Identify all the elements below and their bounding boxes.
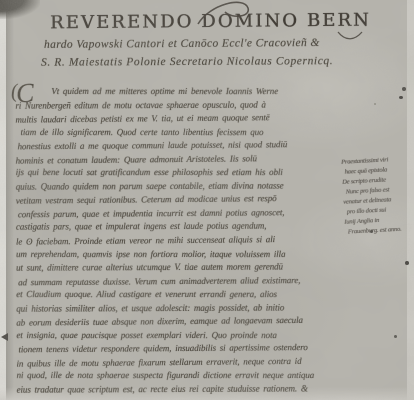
ink-speck — [402, 87, 406, 91]
body-text-line: et Claudium quoque. Aliud castigare et v… — [16, 288, 352, 302]
body-text-line: Vt quidem ad me mitteres optime mi benev… — [15, 85, 351, 99]
body-text-line: ni quod, ille de nota sphaerae suspecta … — [17, 369, 353, 383]
body-text-line: confessis parum, quae et impudentia incu… — [18, 206, 354, 222]
body-text-line: ijs qui bene locuti sat gratificandum es… — [16, 166, 352, 180]
marginal-annotation-line: Frauenburg. est anno. — [348, 224, 414, 238]
ink-speck — [405, 261, 409, 265]
ink-speck — [374, 103, 376, 105]
ink-speck — [370, 230, 373, 233]
body-text-line: eius tradatur quae scriptum est, ac rect… — [17, 382, 353, 397]
letter-heading-line1: REVERENDO DOMINO BERN — [50, 10, 371, 34]
manuscript-page-scan: REVERENDO DOMINO BERN hardo Vapowski Can… — [0, 0, 414, 400]
ink-speck — [394, 335, 397, 338]
marginal-annotation: Praestantissimi virihaec quā epistolaDe … — [341, 154, 413, 237]
ink-speck — [399, 96, 403, 99]
corner-ink-blotch — [0, 0, 40, 19]
letter-body-text: Vt quidem ad me mitteres optime mi benev… — [15, 84, 352, 397]
body-text-line: le ʘ faciebam. Proinde etiam vereor ne m… — [16, 232, 352, 249]
body-text-line: ab eorum desideriis tuae absque non dixe… — [16, 314, 352, 331]
letter-heading-line2: hardo Vapowski Cantori et Canōco Eccl'e … — [44, 37, 320, 51]
pen-flourish-tail — [336, 29, 364, 43]
body-text-line: multis laudari dicebas petisti ex me V. … — [15, 110, 351, 127]
body-text-line: um reprehendam, quamvis ipse non fortior… — [16, 248, 352, 262]
letter-heading-line3: S. R. Maiestatis Polonie Secretario Nico… — [41, 55, 333, 69]
margin-arrow-mark — [1, 333, 8, 341]
